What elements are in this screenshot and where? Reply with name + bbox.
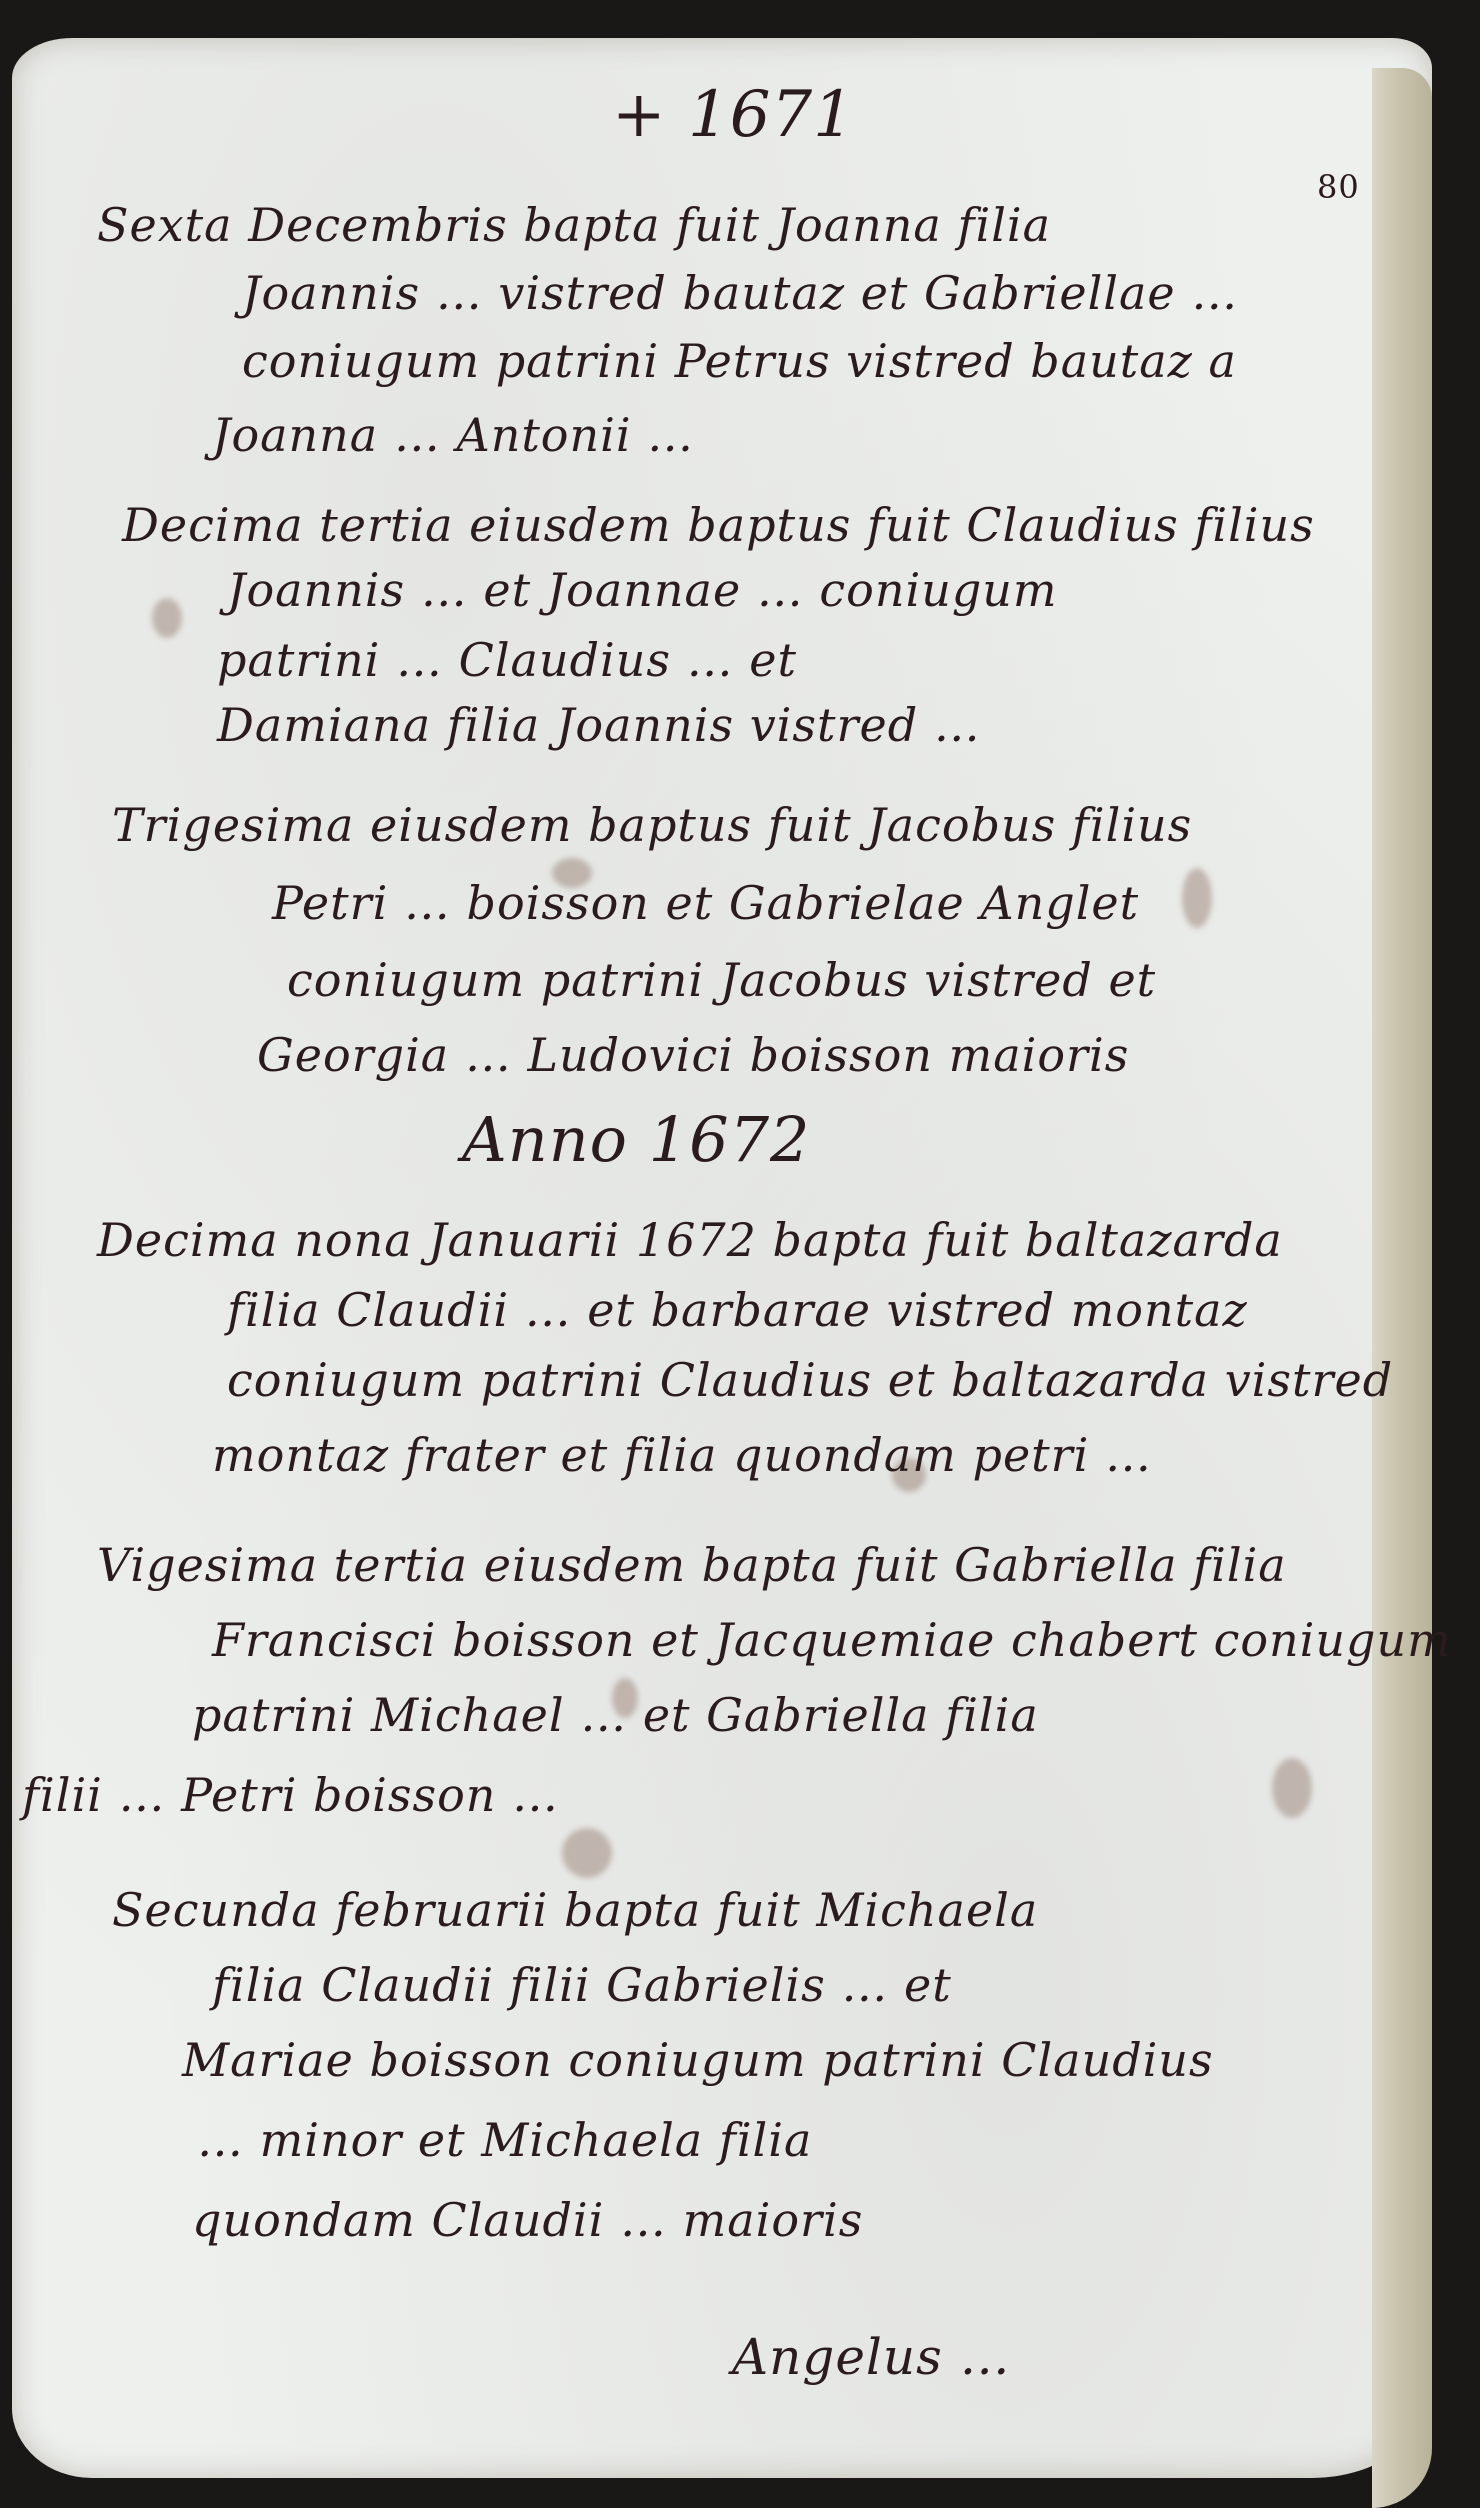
entry-line: Joannis … et Joannae … coniugum xyxy=(227,563,1058,617)
entry-line: coniugum patrini Petrus vistred bautaz a xyxy=(242,334,1237,388)
entry-line: Secunda februarii bapta fuit Michaela xyxy=(112,1883,1038,1937)
entry-line: Mariae boisson coniugum patrini Claudius xyxy=(182,2033,1214,2087)
header-year: + 1671 xyxy=(612,78,855,152)
entry-line: Decima tertia eiusdem baptus fuit Claudi… xyxy=(122,498,1315,552)
entry-line: patrini … Claudius … et xyxy=(217,633,797,687)
page-edge xyxy=(1372,68,1432,2508)
entry-line: Georgia … Ludovici boisson maioris xyxy=(257,1028,1129,1082)
entry-line: Trigesima eiusdem baptus fuit Jacobus fi… xyxy=(112,798,1192,852)
ink-stain xyxy=(152,598,182,638)
entry-line: montaz frater et filia quondam petri … xyxy=(212,1428,1152,1482)
entry-line: filia Claudii … et barbarae vistred mont… xyxy=(227,1283,1248,1337)
page-number: 80 xyxy=(1317,168,1360,206)
entry-line: filia Claudii filii Gabrielis … et xyxy=(212,1958,952,2012)
manuscript-page: + 1671 80 Sexta Decembris bapta fuit Joa… xyxy=(12,38,1432,2478)
entry-line: quondam Claudii … maioris xyxy=(192,2193,863,2247)
ink-stain xyxy=(1182,868,1212,928)
entry-line: patrini Michael … et Gabriella filia xyxy=(192,1688,1039,1742)
ink-stain xyxy=(1272,1758,1312,1818)
entry-line: Vigesima tertia eiusdem bapta fuit Gabri… xyxy=(97,1538,1287,1592)
priest-signature: Angelus … xyxy=(732,2328,1011,2386)
entry-line: Decima nona Januarii 1672 bapta fuit bal… xyxy=(97,1213,1283,1267)
entry-line: Damiana filia Joannis vistred … xyxy=(217,698,981,752)
entry-line: filii … Petri boisson … xyxy=(22,1768,559,1822)
ink-stain xyxy=(562,1828,612,1878)
entry-line: … minor et Michaela filia xyxy=(197,2113,812,2167)
year-heading: Anno 1672 xyxy=(462,1103,810,1176)
entry-line: Petri … boisson et Gabrielae Anglet xyxy=(272,876,1139,930)
entry-line: Sexta Decembris bapta fuit Joanna filia xyxy=(97,198,1051,252)
entry-line: Joanna … Antonii … xyxy=(212,408,694,462)
entry-line: Joannis … vistred bautaz et Gabriellae … xyxy=(242,266,1238,320)
entry-line: coniugum patrini Jacobus vistred et xyxy=(287,953,1156,1007)
entry-line: coniugum patrini Claudius et baltazarda … xyxy=(227,1353,1393,1407)
entry-line: Francisci boisson et Jacquemiae chabert … xyxy=(212,1613,1452,1667)
